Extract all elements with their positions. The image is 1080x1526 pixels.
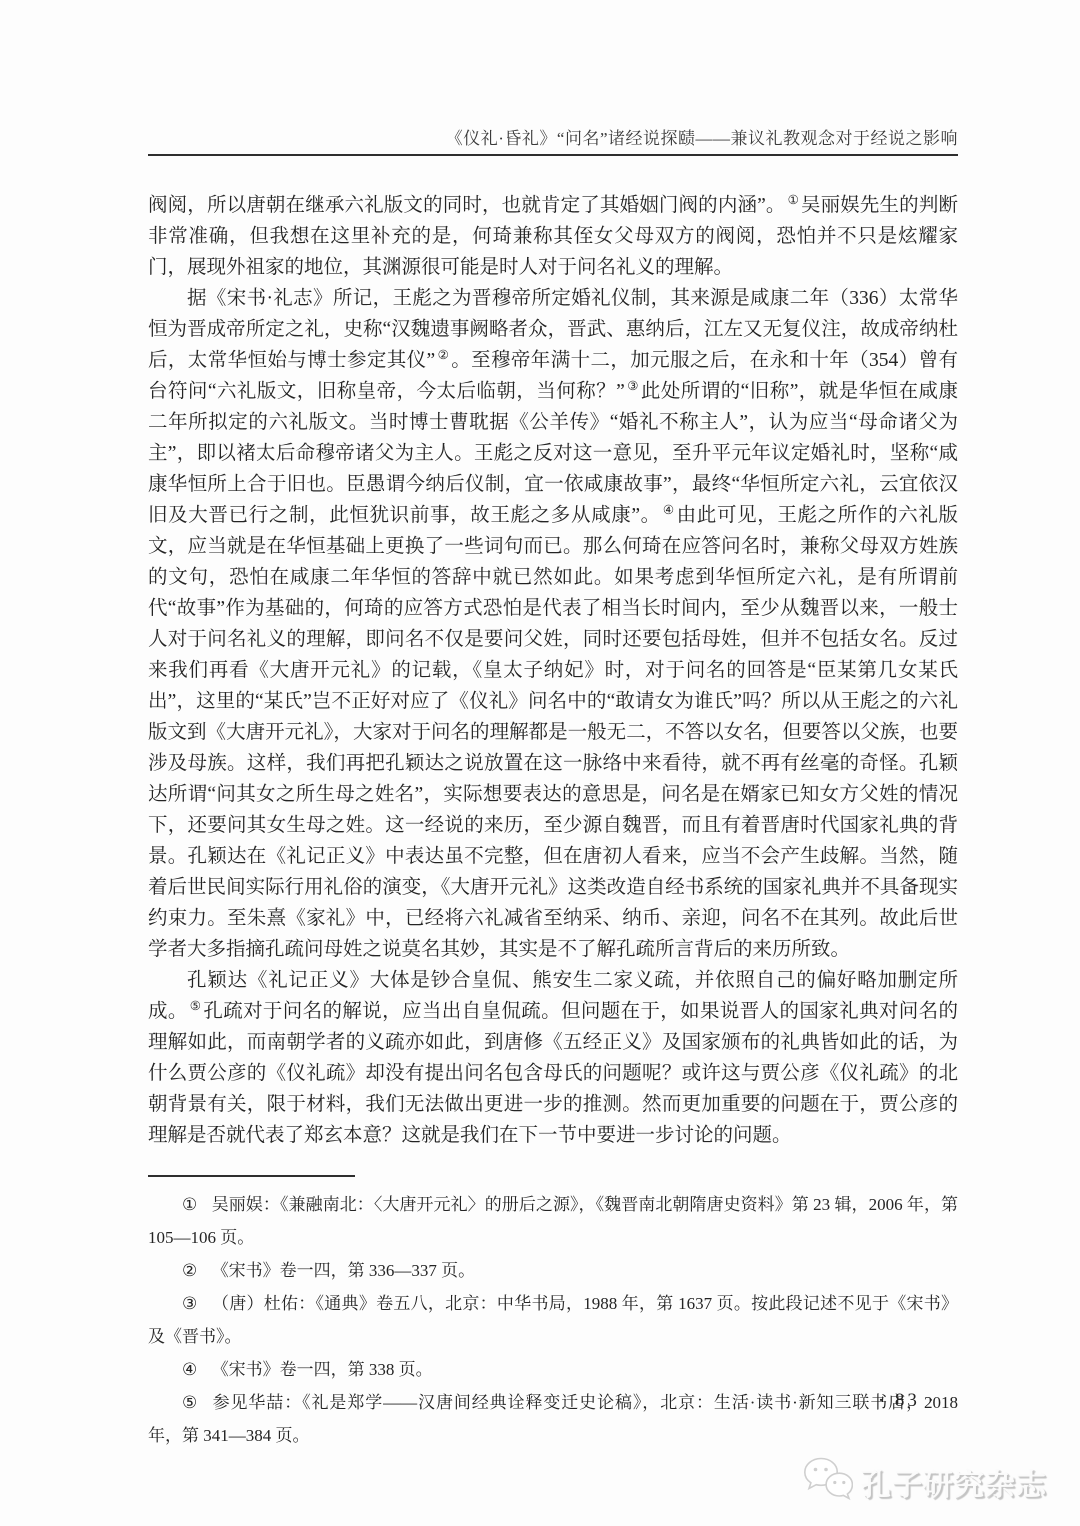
- footnote-text: 《宋书》卷一四，第 338 页。: [212, 1360, 433, 1379]
- footnote-separator: [148, 1175, 355, 1177]
- footnote-item: ①吴丽娱：《兼融南北：〈大唐开元礼〉的册后之源》，《魏晋南北朝隋唐史资料》第 2…: [148, 1188, 958, 1254]
- footnote-ref: ①: [788, 193, 799, 207]
- page-number: · 83 ·: [878, 1390, 937, 1412]
- paragraph-text: 阀阅，所以唐朝在继承六礼版文的同时，也就肯定了其婚姻门阀的内涵”。: [148, 195, 786, 216]
- journal-watermark: 孔子研究杂志: [803, 1457, 1047, 1506]
- header-rule: [148, 154, 958, 156]
- footnote-marker: ⑤: [182, 1393, 198, 1412]
- paragraph-text: 由此可见，王彪之所作的六礼版文，应当就是在华恒基础上更换了一些词句而已。那么何琦…: [148, 505, 958, 960]
- footnote-marker: ④: [182, 1360, 197, 1379]
- footnote-text: 吴丽娱：《兼融南北：〈大唐开元礼〉的册后之源》，《魏晋南北朝隋唐史资料》第 23…: [148, 1195, 958, 1247]
- paragraph-text: 孔疏对于问名的解说，应当出自皇侃疏。但问题在于，如果说晋人的国家礼典对问名的理解…: [148, 1001, 958, 1146]
- footnote-text: 参见华喆：《礼是郑学——汉唐间经典诠释变迁史论稿》，北京：生活·读书·新知三联书…: [148, 1393, 958, 1445]
- footnote-ref: ③: [627, 379, 639, 393]
- paragraph: 据《宋书·礼志》所记，王彪之为晋穆帝所定婚礼仪制，其来源是咸康二年（336）太常…: [148, 283, 958, 965]
- footnote-text: （唐）杜佑：《通典》卷五八，北京：中华书局，1988 年，第 1637 页。按此…: [148, 1294, 958, 1346]
- footnotes: ①吴丽娱：《兼融南北：〈大唐开元礼〉的册后之源》，《魏晋南北朝隋唐史资料》第 2…: [148, 1188, 958, 1452]
- footnote-ref: ②: [437, 348, 449, 362]
- footnote-item: ④《宋书》卷一四，第 338 页。: [148, 1353, 958, 1386]
- footnote-ref: ⑤: [190, 999, 202, 1013]
- wechat-icon: [803, 1457, 853, 1506]
- document-page: 《仪礼·昏礼》“问名”诸经说探赜——兼议礼教观念对于经说之影响 阀阅，所以唐朝在…: [0, 0, 1080, 1526]
- footnote-marker: ①: [182, 1195, 197, 1214]
- watermark-text: 孔子研究杂志: [861, 1460, 1047, 1504]
- footnote-marker: ③: [182, 1294, 198, 1313]
- footnote-text: 《宋书》卷一四，第 336—337 页。: [212, 1261, 476, 1280]
- text-column: 《仪礼·昏礼》“问名”诸经说探赜——兼议礼教观念对于经说之影响 阀阅，所以唐朝在…: [148, 0, 958, 1452]
- footnote-item: ②《宋书》卷一四，第 336—337 页。: [148, 1254, 958, 1287]
- footnote-item: ③（唐）杜佑：《通典》卷五八，北京：中华书局，1988 年，第 1637 页。按…: [148, 1287, 958, 1353]
- footnote-marker: ②: [182, 1261, 197, 1280]
- paragraph: 阀阅，所以唐朝在继承六礼版文的同时，也就肯定了其婚姻门阀的内涵”。①吴丽娱先生的…: [148, 190, 958, 283]
- footnote-item: ⑤参见华喆：《礼是郑学——汉唐间经典诠释变迁史论稿》，北京：生活·读书·新知三联…: [148, 1386, 958, 1452]
- running-header: 《仪礼·昏礼》“问名”诸经说探赜——兼议礼教观念对于经说之影响: [148, 0, 958, 156]
- article-body: 阀阅，所以唐朝在继承六礼版文的同时，也就肯定了其婚姻门阀的内涵”。①吴丽娱先生的…: [148, 190, 958, 1151]
- running-header-title: 《仪礼·昏礼》“问名”诸经说探赜——兼议礼教观念对于经说之影响: [148, 124, 958, 149]
- footnote-ref: ④: [663, 503, 675, 517]
- paragraph: 孔颖达《礼记正义》大体是钞合皇侃、熊安生二家义疏，并依照自己的偏好略加删定所成。…: [148, 965, 958, 1151]
